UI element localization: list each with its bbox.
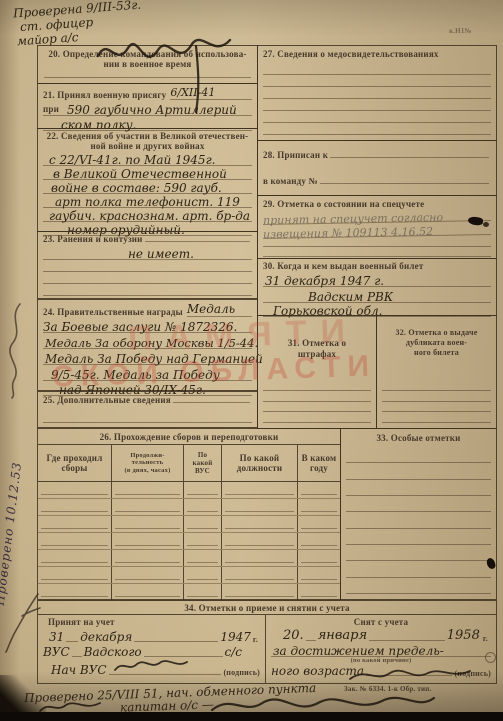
- ruled-line: [263, 99, 491, 111]
- section-28-label1: 28. Приписан к: [263, 150, 328, 160]
- section-34-title: 34. Отметки о приеме и снятии с учета: [38, 601, 496, 615]
- ruled-line: [346, 480, 491, 496]
- table-cell: [112, 482, 184, 498]
- section-34-registration-marks: 34. Отметки о приеме и снятии с учета Пр…: [37, 600, 497, 684]
- table-row: [38, 499, 340, 516]
- ruled-line: [301, 579, 337, 580]
- table-cell: [298, 499, 340, 515]
- blank-ruled-lines: [258, 380, 376, 423]
- section-31-title: 31. Отметка о штрафах: [258, 316, 376, 360]
- table-row: [38, 533, 340, 550]
- ruled-line: [263, 412, 371, 423]
- table-cell: [298, 550, 340, 566]
- table-cell: [222, 516, 298, 532]
- sbory-table-body: [38, 482, 340, 601]
- table-cell: [222, 533, 298, 549]
- table-cell: [298, 516, 340, 532]
- removed-month: января: [318, 628, 367, 643]
- removed-year: 1958: [447, 628, 480, 643]
- ruled-line: [225, 528, 294, 529]
- margin-verification-note: Проверено 10.12.53: [0, 436, 27, 606]
- section-28-label2: в команду №: [263, 176, 318, 186]
- year-suffix: г.: [483, 634, 488, 643]
- table-cell: [38, 584, 112, 600]
- chief-signature-scribble: [113, 658, 191, 674]
- section-22-war-participation: 22. Сведения об участии в Великой отечес…: [37, 128, 258, 232]
- table-cell: [298, 482, 340, 498]
- column-header: Где проходил сборы: [38, 445, 112, 481]
- ruled-line: [301, 562, 337, 563]
- table-cell: [222, 550, 298, 566]
- ruled-line: [115, 511, 180, 512]
- corner-mark: к.Н1№: [449, 27, 472, 35]
- wounds-entry: не имеет.: [128, 247, 194, 261]
- ruled-line: [301, 494, 337, 495]
- section-25-additional-info: 25. Дополнительные сведения: [37, 391, 258, 428]
- accepted-year: 1947: [220, 630, 251, 644]
- table-cell: [184, 567, 222, 583]
- ruled-line: [66, 641, 78, 642]
- table-cell: [184, 516, 222, 532]
- table-cell: [112, 516, 184, 532]
- blank-ruled-lines: [258, 63, 496, 135]
- table-cell: [112, 499, 184, 515]
- ruled-line: [301, 528, 337, 529]
- war-entry-line: войне в составе: 590 гауб.: [51, 181, 222, 195]
- table-row: [38, 550, 340, 567]
- ruled-line: [115, 579, 180, 580]
- award-entry-line: Медаль: [187, 302, 252, 317]
- column-header: По какой ВУС: [184, 445, 222, 481]
- war-entry-line: с 22/VI-41г. по Май 1945г.: [49, 153, 215, 167]
- print-shop-note: Зак. № 6334. 1-к Обр. тип.: [344, 685, 431, 693]
- ruled-line: [263, 111, 491, 123]
- ruled-line: [346, 578, 491, 594]
- ruled-line: [115, 528, 180, 529]
- table-cell: [184, 584, 222, 600]
- table-cell: [184, 550, 222, 566]
- war-entry-line: гаубич. краснознам. арт. бр-да: [49, 209, 250, 223]
- table-row: [38, 584, 340, 601]
- ruled-line: [263, 391, 371, 402]
- ruled-line: [41, 494, 108, 495]
- table-cell: [298, 567, 340, 583]
- table-cell: [184, 533, 222, 549]
- reason-caption: (по какой причине): [266, 657, 496, 664]
- section-33-title: 33. Особые отметки: [341, 429, 496, 443]
- award-entry-line: За Боевые заслуги № 1872326.: [43, 320, 237, 334]
- blank-ruled-lines: [38, 405, 257, 423]
- section-22-title-line2: ной войне и других войнах: [38, 141, 257, 151]
- table-header-row: Где проходил сборы Продолжи- тельность (…: [38, 445, 340, 482]
- ruled-line: [41, 528, 108, 529]
- ruled-line: [109, 660, 222, 675]
- section-22-title-line1: 22. Сведения об участии в Великой отечес…: [38, 129, 257, 141]
- award-entry-line: 9/5-45г. Медаль за Победу: [51, 368, 220, 382]
- table-cell: [298, 533, 340, 549]
- ruled-line: [115, 596, 180, 597]
- section-32-duplicate-ticket: 32. Отметка о выдаче дубликата воен- ног…: [376, 315, 497, 429]
- table-cell: [38, 499, 112, 515]
- section-30-title: 30. Когда и кем выдан военный билет: [258, 259, 496, 271]
- column-header: По какой должности: [222, 445, 298, 481]
- ruled-line: [320, 183, 489, 184]
- ruled-line: [187, 494, 218, 495]
- column-header: В каком году: [298, 445, 340, 481]
- ruled-line: [225, 562, 294, 563]
- section-28-assigned-to: 28. Приписан к в команду №: [257, 140, 497, 196]
- blank-ruled-lines: [38, 260, 257, 296]
- year-suffix: г.: [253, 635, 258, 644]
- war-entry-line: арт полка телефонист. 119: [55, 195, 240, 209]
- officer-signature-scribble: [92, 8, 252, 118]
- table-cell: [38, 516, 112, 532]
- ruled-line: [187, 596, 218, 597]
- ruled-line: [369, 640, 445, 641]
- table-cell: [222, 499, 298, 515]
- accepted-chief: Нач ВУС: [51, 663, 107, 677]
- section-24-awards: 24. Правительственные награды Медаль За …: [37, 299, 258, 391]
- award-entry-line: Медаль За Победу над Германией: [45, 352, 263, 366]
- ruled-line: [145, 241, 250, 242]
- table-cell: [112, 550, 184, 566]
- table-cell: [38, 567, 112, 583]
- table-cell: [184, 499, 222, 515]
- ink-blot: [483, 222, 489, 227]
- ruled-line: [225, 596, 294, 597]
- table-cell: [112, 584, 184, 600]
- ruled-line: [115, 545, 180, 546]
- ruled-line: [301, 596, 337, 597]
- ruled-line: [346, 463, 491, 479]
- ruled-line: [263, 123, 491, 135]
- section-26-title: 26. Прохождение сборов и переподготовки: [38, 429, 340, 445]
- ruled-line: [187, 579, 218, 580]
- ticket-entry-line: 31 декабря 1947 г.: [265, 274, 384, 288]
- signature-caption: (подпись): [223, 668, 260, 677]
- section-27-title: 27. Сведения о медосвидетельствованиях: [258, 46, 496, 59]
- photo-bottom-edge: [0, 712, 503, 721]
- scanned-military-registration-card: Проверена 9/III-53г. ст. офицер майор а/…: [0, 0, 503, 721]
- table-row: [38, 516, 340, 533]
- ruled-line: [346, 447, 491, 463]
- ruled-line: [41, 596, 108, 597]
- table-cell: [38, 482, 112, 498]
- ruled-line: [346, 561, 491, 577]
- section-24-label: 24. Правительственные награды: [43, 307, 183, 317]
- ruled-line: [263, 63, 491, 75]
- section-31-fines: 31. Отметка о штрафах: [257, 315, 377, 429]
- table-cell: [184, 482, 222, 498]
- table-cell: [112, 533, 184, 549]
- margin-scribble: [2, 300, 28, 400]
- accepted-month: декабря: [80, 630, 132, 644]
- table-cell: [222, 567, 298, 583]
- ruled-line: [346, 529, 491, 545]
- section-26-training-table: 26. Прохождение сборов и переподготовки …: [37, 428, 341, 600]
- ruled-line: [43, 284, 252, 296]
- blank-ruled-lines: [377, 380, 496, 423]
- ruled-line: [187, 545, 218, 546]
- table-cell: [222, 584, 298, 600]
- removal-signature-scribble: [346, 665, 476, 685]
- photo-corner-shadow: [0, 675, 46, 715]
- ruled-line: [382, 380, 491, 391]
- ruled-line: [41, 579, 108, 580]
- ruled-line: [144, 656, 223, 657]
- accepted-for-registration-block: Принят на учет 31 декабря 1947 г. ВУС Ва…: [38, 615, 266, 683]
- ruled-line: [263, 402, 371, 413]
- removed-day: 20.: [283, 628, 304, 643]
- accepted-selsoviet: с/с: [225, 645, 242, 659]
- section-30-ticket-issued: 30. Когда и кем выдан военный билет 31 д…: [257, 258, 497, 316]
- column-header: Продолжи- тельность (в днях, часах): [112, 445, 184, 481]
- ruled-line: [382, 412, 491, 423]
- award-entry-line: Медаль За оборону Москвы 1/5-44.: [45, 336, 258, 350]
- ruled-line: [43, 405, 252, 423]
- ruled-line: [301, 545, 337, 546]
- ruled-line: [72, 656, 82, 657]
- section-29-special-registry: 29. Отметка о состоянии на спецучете при…: [257, 195, 497, 259]
- ruled-line: [346, 512, 491, 528]
- ruled-line: [187, 562, 218, 563]
- section-21-prefix: при: [43, 104, 59, 114]
- ruled-line: [382, 391, 491, 402]
- ruled-line: [346, 496, 491, 512]
- accepted-vus: ВУС: [43, 645, 70, 659]
- ruled-line: [263, 87, 491, 99]
- ruled-line: [346, 545, 491, 561]
- ruled-line: [306, 640, 316, 641]
- removed-reason-line1: за достижением предель-: [273, 644, 444, 658]
- ruled-line: [263, 75, 491, 87]
- table-row: [38, 482, 340, 499]
- removed-from-registration-block: Снят с учета 20. января 1958 г. за дости…: [266, 615, 496, 683]
- ticket-entry-line: Вадским РВК: [308, 290, 393, 304]
- war-entry-line: в Великой Отечественной: [53, 167, 227, 181]
- accepted-header: Принят на учет: [38, 615, 265, 627]
- ruled-line: [41, 545, 108, 546]
- ruled-line: [263, 380, 371, 391]
- blank-ruled-lines: [341, 447, 496, 594]
- ruled-line: [187, 511, 218, 512]
- ruled-line: [382, 402, 491, 413]
- ruled-line: [115, 562, 180, 563]
- section-32-title: 32. Отметка о выдаче дубликата воен- ног…: [377, 316, 496, 358]
- circle-mark: [485, 652, 496, 663]
- ruled-line: [41, 562, 108, 563]
- ruled-line: [187, 528, 218, 529]
- ruled-line: [301, 511, 337, 512]
- accepted-day: 31: [49, 630, 64, 644]
- ruled-line: [43, 272, 252, 284]
- section-25-label: 25. Дополнительные сведения: [43, 395, 171, 405]
- ruled-line: [43, 260, 252, 272]
- ruled-line: [225, 579, 294, 580]
- ruled-line: [115, 494, 180, 495]
- section-23-wounds: 23. Ранения и контузии не имеет.: [37, 231, 258, 299]
- table-cell: [38, 550, 112, 566]
- ruled-line: [41, 511, 108, 512]
- ruled-line: [330, 157, 489, 158]
- accepted-place: Вадского: [84, 645, 142, 659]
- table-cell: [222, 482, 298, 498]
- table-cell: [38, 533, 112, 549]
- ruled-line: [225, 511, 294, 512]
- table-cell: [112, 567, 184, 583]
- ruled-line: [263, 247, 491, 257]
- ruled-line: [173, 402, 250, 403]
- ruled-line: [134, 641, 218, 642]
- section-27-medical-examinations: 27. Сведения о медосвидетельствованиях: [257, 45, 497, 141]
- ruled-line: [225, 545, 294, 546]
- ruled-line: [225, 494, 294, 495]
- section-33-special-marks: 33. Особые отметки: [340, 428, 497, 600]
- removed-header: Снят с учета: [266, 615, 496, 627]
- section-23-label: 23. Ранения и контузии: [43, 234, 143, 244]
- table-cell: [298, 584, 340, 600]
- table-row: [38, 567, 340, 584]
